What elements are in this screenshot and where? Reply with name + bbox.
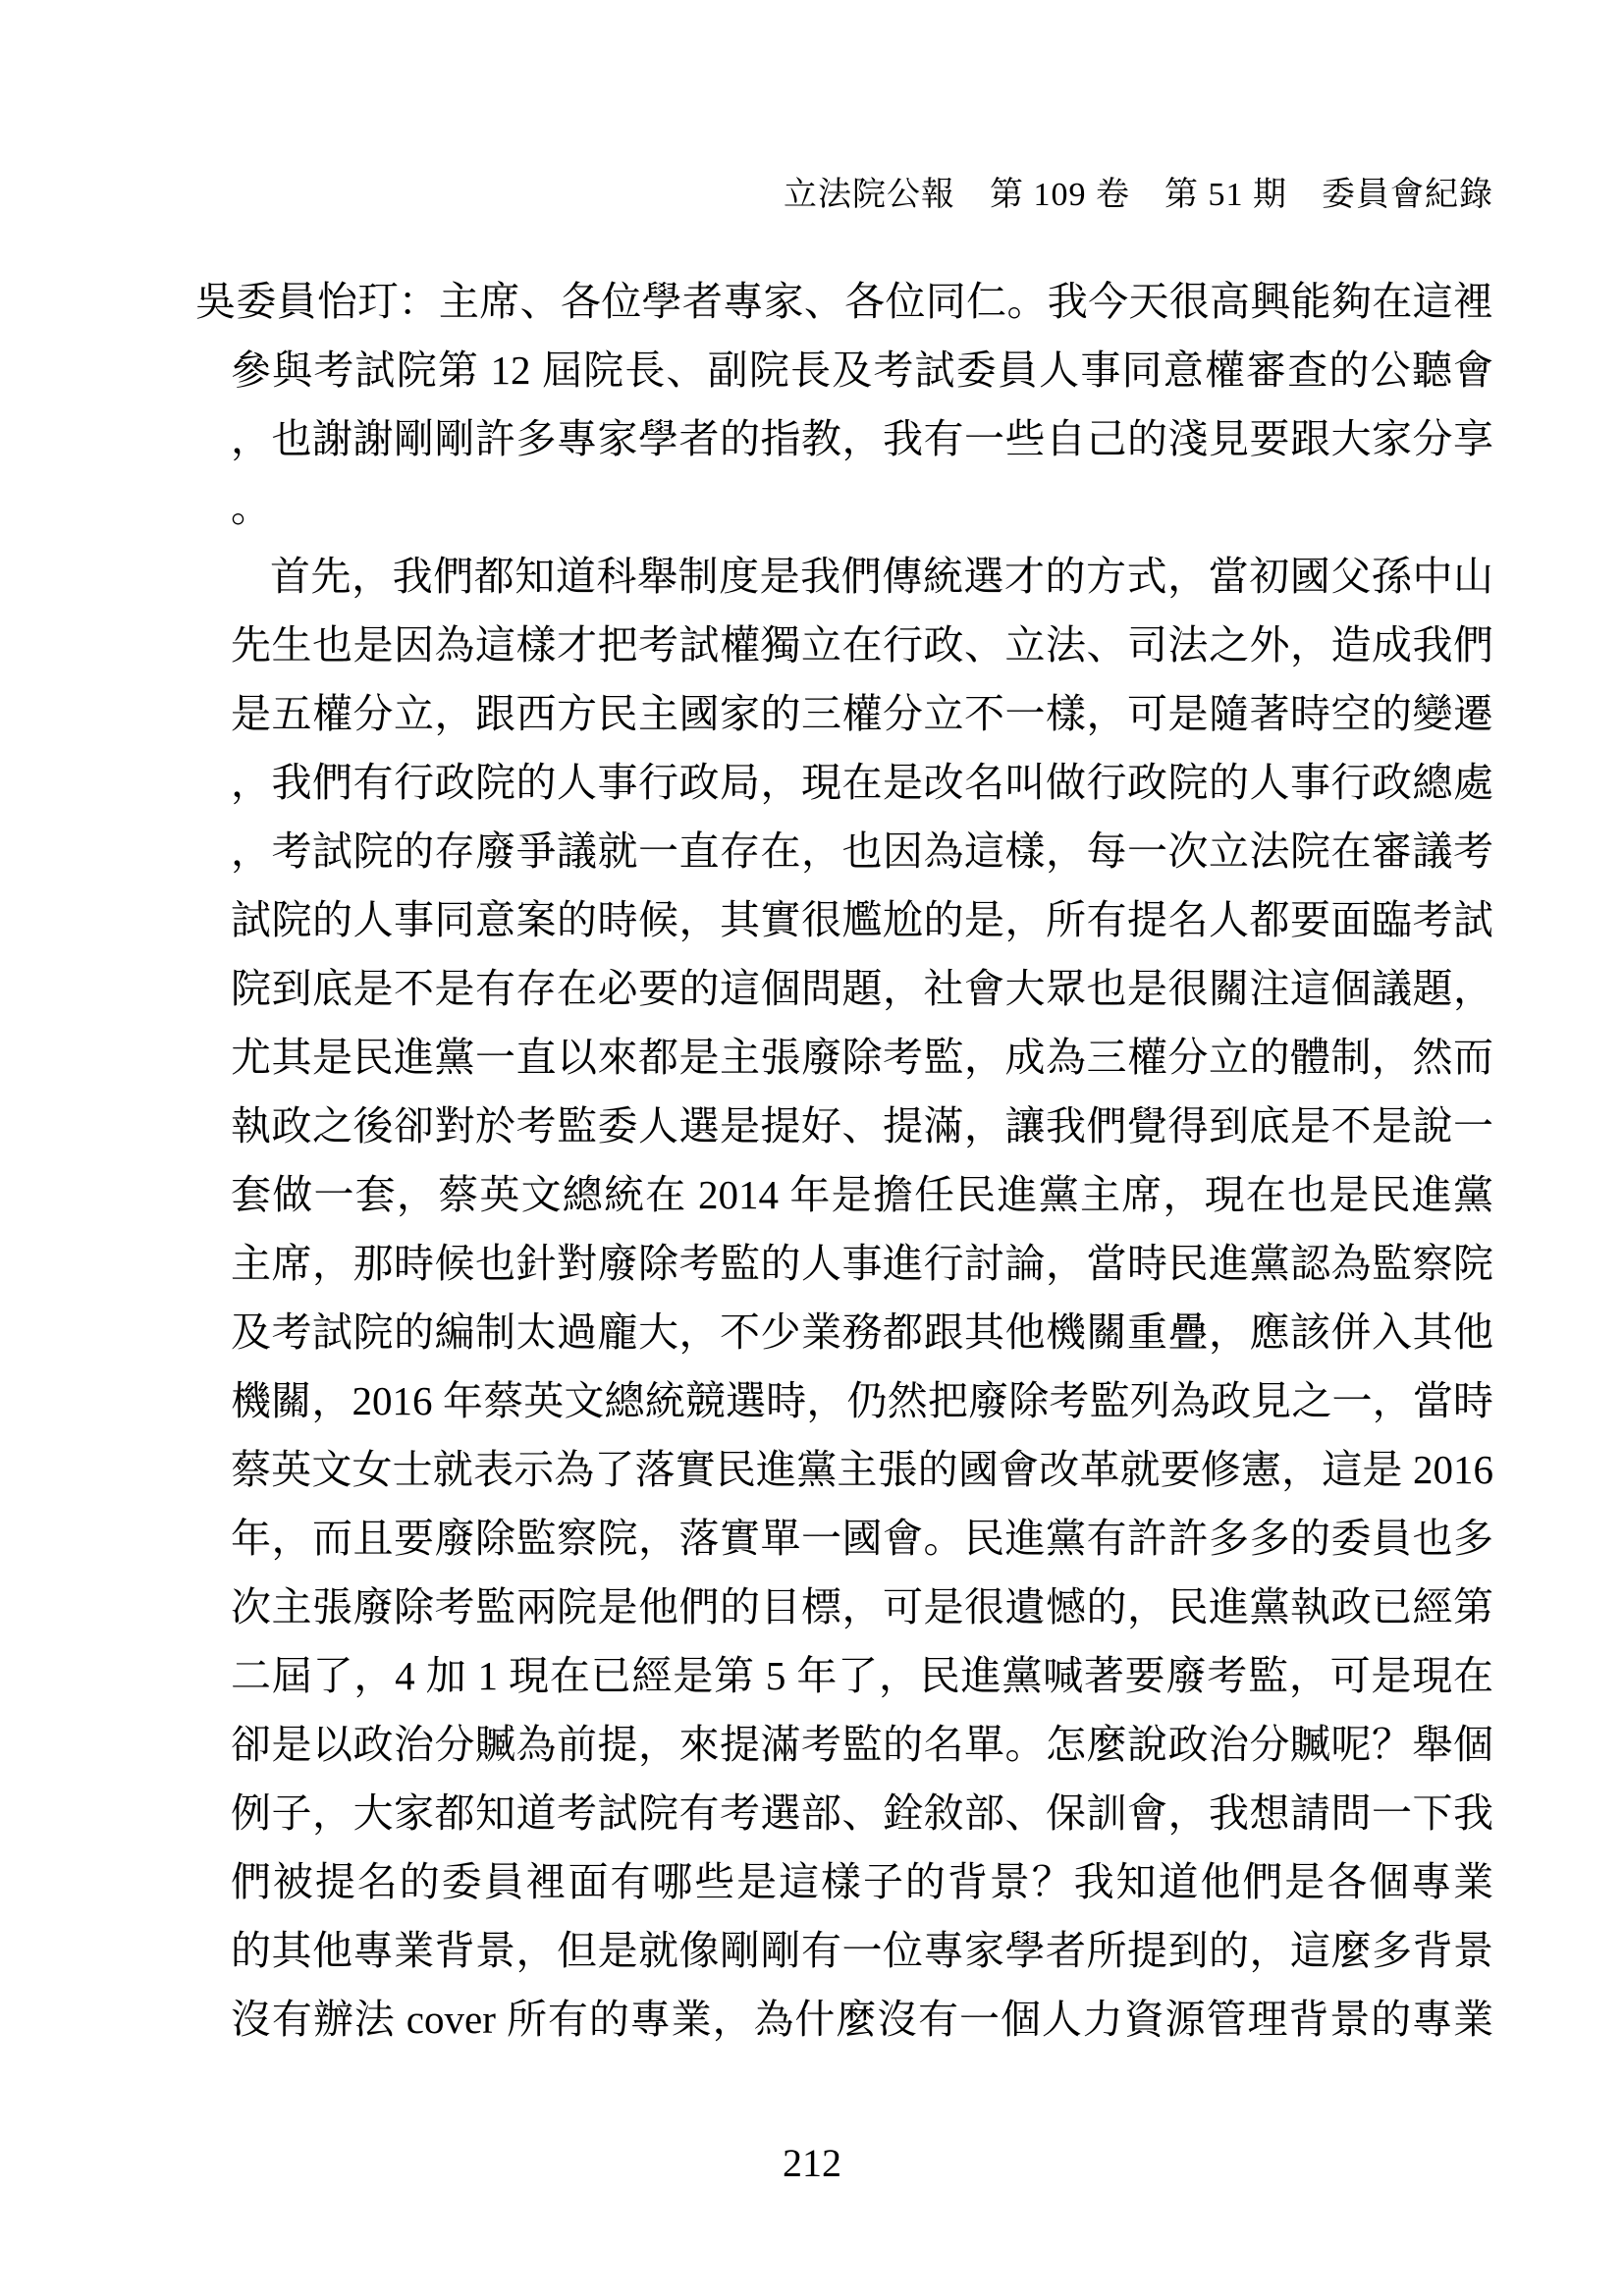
transcript-body: 吳委員怡玎：主席、各位學者專家、各位同仁。我今天很高興能夠在這裡參與考試院第 1… [195, 267, 1493, 2054]
text-line: ，也謝謝剛剛許多專家學者的指教，我有一些自己的淺見要跟大家分享 [195, 404, 1493, 473]
text-line: 參與考試院第 12 屆院長、副院長及考試委員人事同意權審查的公聽會 [195, 336, 1493, 404]
text-line: 尤其是民進黨一直以來都是主張廢除考監，成為三權分立的體制，然而 [195, 1023, 1493, 1092]
text-line: 蔡英文女士就表示為了落實民進黨主張的國會改革就要修憲，這是 2016 [195, 1435, 1493, 1504]
gazette-page: 立法院公報 第 109 卷 第 51 期 委員會紀錄 吳委員怡玎：主席、各位學者… [0, 0, 1624, 2296]
text-line: 例子，大家都知道考試院有考選部、銓敘部、保訓會，我想請問一下我 [195, 1779, 1493, 1847]
text-line: 先生也是因為這樣才把考試權獨立在行政、立法、司法之外，造成我們 [195, 611, 1493, 679]
text-line: 套做一套，蔡英文總統在 2014 年是擔任民進黨主席，現在也是民進黨 [195, 1160, 1493, 1229]
text-line: 。 [195, 473, 1493, 542]
text-line: 執政之後卻對於考監委人選是提好、提滿，讓我們覺得到底是不是說一 [195, 1092, 1493, 1160]
text-line: 試院的人事同意案的時候，其實很尷尬的是，所有提名人都要面臨考試 [195, 885, 1493, 954]
text-line: 機關，2016 年蔡英文總統競選時，仍然把廢除考監列為政見之一，當時 [195, 1366, 1493, 1435]
text-line: 首先，我們都知道科舉制度是我們傳統選才的方式，當初國父孫中山 [195, 542, 1493, 611]
text-line: 年，而且要廢除監察院，落實單一國會。民進黨有許許多多的委員也多 [195, 1504, 1493, 1573]
text-line: 的其他專業背景，但是就像剛剛有一位專家學者所提到的，這麼多背景 [195, 1916, 1493, 1985]
text-line: ，我們有行政院的人事行政局，現在是改名叫做行政院的人事行政總處 [195, 748, 1493, 817]
text-line: 吳委員怡玎：主席、各位學者專家、各位同仁。我今天很高興能夠在這裡 [195, 267, 1493, 336]
page-number: 212 [0, 2138, 1624, 2189]
text-line: 次主張廢除考監兩院是他們的目標，可是很遺憾的，民進黨執政已經第 [195, 1573, 1493, 1641]
text-line: 們被提名的委員裡面有哪些是這樣子的背景？我知道他們是各個專業 [195, 1847, 1493, 1916]
text-line: 卻是以政治分贓為前提，來提滿考監的名單。怎麼說政治分贓呢？舉個 [195, 1710, 1493, 1779]
text-line: 主席，那時候也針對廢除考監的人事進行討論，當時民進黨認為監察院 [195, 1229, 1493, 1298]
text-line: 院到底是不是有存在必要的這個問題，社會大眾也是很關注這個議題， [195, 954, 1493, 1023]
text-line: ，考試院的存廢爭議就一直存在，也因為這樣，每一次立法院在審議考 [195, 817, 1493, 885]
text-line: 是五權分立，跟西方民主國家的三權分立不一樣，可是隨著時空的變遷 [195, 679, 1493, 748]
text-line: 沒有辦法 cover 所有的專業，為什麼沒有一個人力資源管理背景的專業 [195, 1985, 1493, 2054]
gazette-header: 立法院公報 第 109 卷 第 51 期 委員會紀錄 [196, 173, 1493, 218]
text-line: 及考試院的編制太過龐大，不少業務都跟其他機關重疊，應該併入其他 [195, 1298, 1493, 1366]
text-line: 二屆了，4 加 1 現在已經是第 5 年了，民進黨喊著要廢考監，可是現在 [195, 1641, 1493, 1710]
